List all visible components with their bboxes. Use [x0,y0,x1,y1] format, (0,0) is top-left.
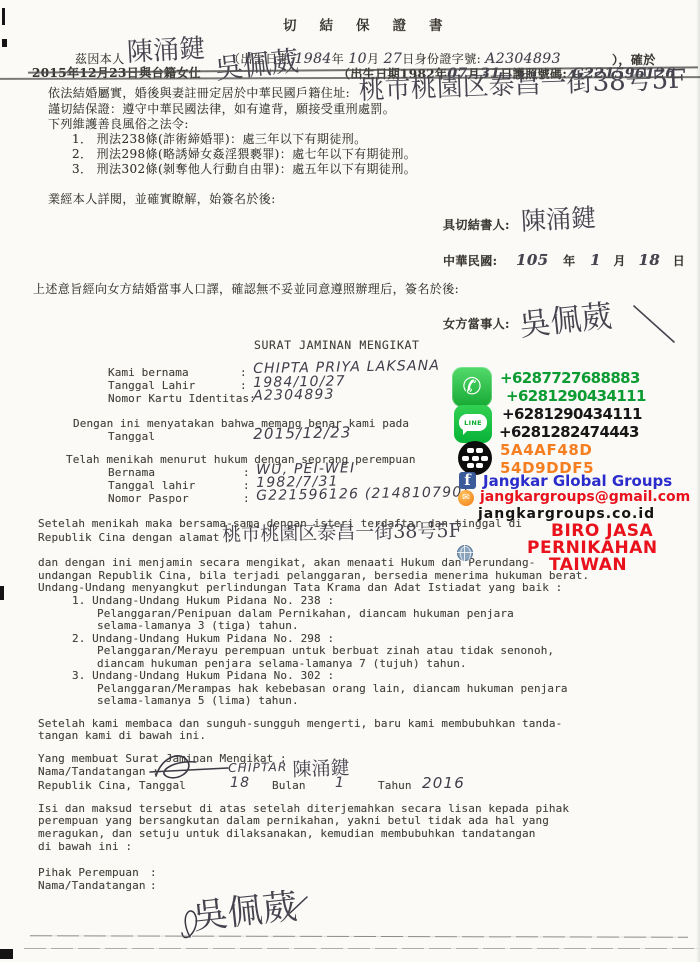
hw-groom-birth-year: 1984 [294,51,331,67]
field-paspor-label: Nomor Paspor [108,492,189,505]
field-tanggal-lahir-colon: : [240,379,247,392]
read-line2: tangan kami di bawah ini. [38,729,206,742]
id-law3-body2: selama-lamanya 5 (lima) tahun. [97,694,299,707]
cn-line3-address-label: 依法結婚屬實，婚後與妻註冊定居於中華民國戶籍住址: [48,84,350,101]
woman-party-label: Pihak Perempuan [38,866,139,879]
contact-website: jangkargroups.co.id [478,506,655,522]
cn-year-unit: 年 [332,52,344,66]
hw-roc-month: 1 [590,251,601,269]
facebook-f-glyph: f [464,472,470,489]
field-bernama-colon: : [243,466,250,479]
facebook-page-name: Jangkar Global Groups [483,472,672,490]
bbm-dots-row [467,448,484,453]
cn-law-3: 3． 刑法302條(剝奪他人行動自由罪)：處五年以下有期徒刑。 [72,160,416,177]
id-law2-body1: Pelanggaran/Merayu perempuan untuk berbu… [97,644,554,657]
married-statement: Telah menikah menurut hukum dengan seora… [66,453,416,466]
cn-roc-label: 中華民國: [443,254,497,268]
bbm-dots-row [467,463,484,468]
cn-oral-translation-statement: 上述意旨經向女方結婚當事人口譯，確認無不妥並同意遵照辦理后，簽名於後: [33,280,459,297]
line-label: LINE [464,419,482,427]
cn-month-unit: 月 [367,52,379,66]
whatsapp-number-1: +6287727688883 [500,369,640,387]
woman-signature-colon: : [150,879,157,892]
field-bernama-label: Bernama [108,466,155,479]
id-date-bulan: Bulan [272,779,306,792]
field-nomor-identitas-label: Nomor Kartu Identitas: [108,392,256,405]
globe-icon [457,545,473,561]
bbm-icon [458,441,492,475]
scan-bottom-line-2 [24,948,698,949]
cn-roc-date-row: 中華民國: 105 年 1 月 18 日 [443,251,685,269]
facebook-icon: f [459,472,476,489]
cn-roc-day-unit: 日 [673,254,685,268]
cn-id-label: 日身份證字號: [402,52,481,66]
field-wife-dob-label: Tanggal lahir [108,479,195,492]
declare-line1: Dengan ini menyatakan bahwa memang benar… [73,417,409,430]
handwritten-maker-name-latin: CHIPTAR [228,760,288,775]
cn-confirm-statement: 業經本人詳閱，並確實瞭解，始簽名於後: [48,190,276,207]
field-wife-dob-colon: : [243,479,250,492]
handwritten-signer-signature: 陳涌鍵 [520,198,597,238]
bbm-dots-row [462,456,488,461]
handwritten-date-month: 1 [335,775,345,791]
field-tanggal-lahir-label: Tanggal Lahir [108,379,195,392]
cn-signer-label: 具切結書人: [443,216,510,233]
hw-roc-year: 105 [516,251,549,269]
whatsapp-phone-glyph: ✆ [462,376,481,399]
line-bubble-tail [463,429,469,435]
whatsapp-icon: ✆ [452,367,492,407]
handwritten-date-day: 18 [230,775,250,791]
trans-line3: meragukan, dan setuju untuk dilaksanakan… [38,827,535,840]
field-paspor-colon: : [243,492,250,505]
id-law3-head: 3. Undang-Undang Hukum Pidana No. 302 : [72,669,334,682]
hw-roc-day: 18 [639,251,661,269]
cn-female-party-label: 女方當事人: [443,315,510,332]
trans-line4: di bawah ini : [38,840,132,853]
bbm-pin-1: 5A4AF48D [500,441,592,459]
id-law1-head: 1. Undang-Undang Hukum Pidana No. 238 : [72,594,334,607]
whatsapp-number-2: +6281290434111 [506,387,646,405]
gmail-icon: ✉ [458,490,474,506]
line-number-2: +6281282474443 [499,423,639,441]
id-date-tahun: Tahun [378,779,412,792]
address-line2: Republik Cina dengan alamat : [38,531,233,544]
id-date-pre: Republik Cina, Tanggal [38,779,186,792]
handwritten-marriage-date: 2015/12/23 [253,423,352,443]
handwritten-female-signature-top: 吳佩葳 [517,290,614,344]
field-kami-bernama-label: Kami bernama [108,366,189,379]
cn-roc-month-unit: 月 [614,254,626,268]
handwritten-groom-name: 陳涌鍵 [126,28,206,69]
scanned-document-page: 切結保證書 茲因本人 陳涌鍵 （出生日期:1984年 10月 27日身份證字號:… [0,0,700,962]
maker-signature-label: Nama/Tandatangan : [38,765,159,778]
scan-bottom-line-1 [30,935,688,937]
scan-edge-mark [2,8,5,25]
line-number-1: +6281290434111 [502,405,642,423]
scan-corner-mark [0,949,13,959]
surat-title: SURAT JAMINAN MENGIKAT [254,338,420,352]
woman-party-colon: : [150,866,157,879]
cn-roc-year-unit: 年 [563,254,575,268]
handwritten-address-bottom: 桃市桃園区泰昌一街38号5F [222,516,462,547]
gmail-envelope-glyph: ✉ [462,493,470,503]
female-signature-bottom-flourish [172,895,312,950]
female-signature-flourish [630,298,680,348]
id-law1-body2: selama-lamanya 3 (tiga) tahun. [97,619,299,632]
handwritten-bride-name: 吳佩葳 [213,39,301,88]
trans-line2: perempuan yang bersangkutan dalam pernik… [38,814,549,827]
scan-edge-mark [2,39,7,47]
line-icon: LINE [454,405,492,443]
contact-email: jangkargroups@gmail.com [480,489,690,505]
bind-line3: Undang-Undang menyangkut perlindungan Ta… [38,581,562,594]
declare-tanggal-label: Tanggal [108,430,155,443]
page-title: 切結保證書 [283,14,466,34]
woman-signature-label: Nama/Tandatangan [38,879,146,892]
scan-edge-mark [0,586,4,600]
tagline-line3: TAIWAN [549,555,627,575]
field-kami-bernama-colon: : [240,366,247,379]
handwritten-wife-passport: G221596126 (214810790) [256,484,469,504]
handwritten-husband-id: A2304893 [253,387,335,404]
handwritten-date-year: 2016 [422,774,465,792]
